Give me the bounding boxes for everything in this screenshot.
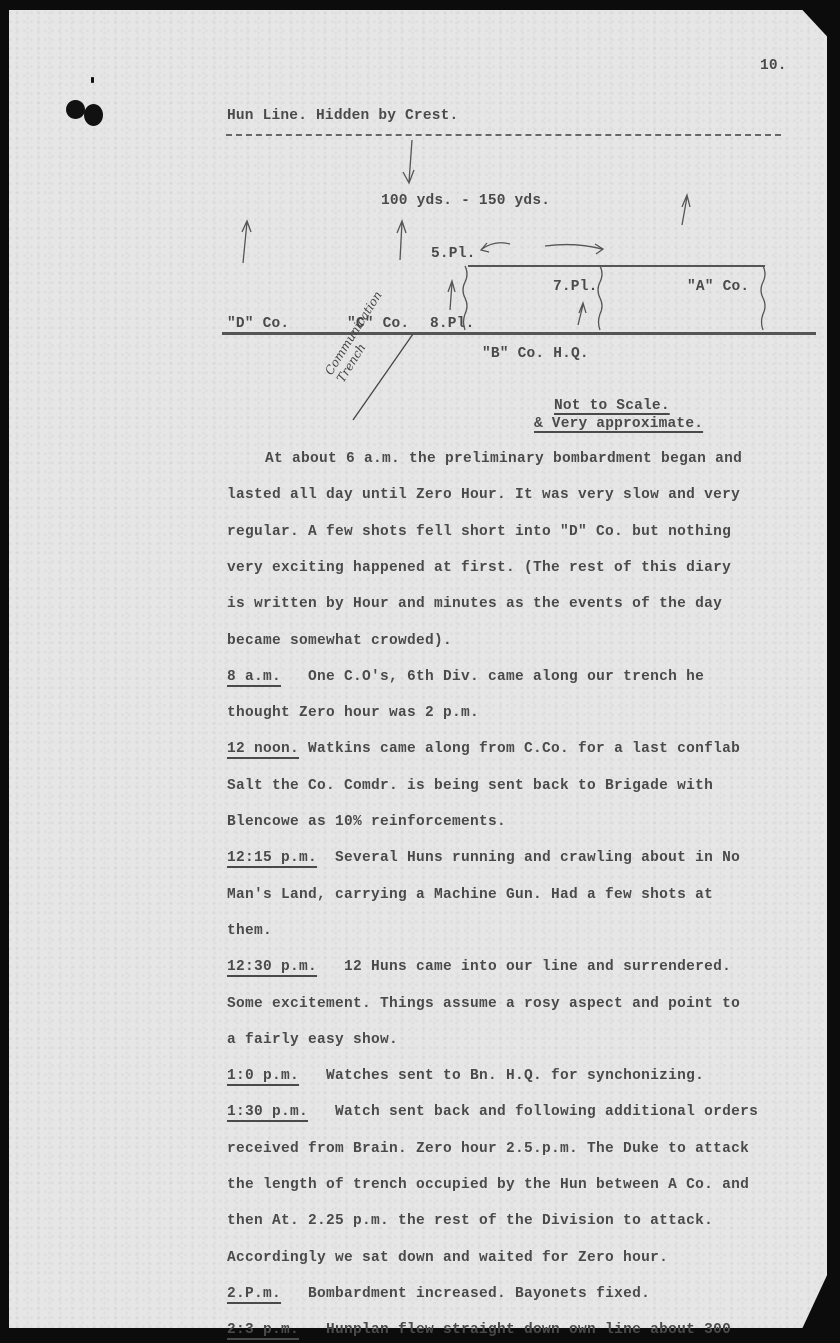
intro-line: very exciting happened at first. (The re… — [227, 560, 731, 576]
diary-entry-continuation: the length of trench occupied by the Hun… — [227, 1177, 749, 1193]
diary-entry: 1:0 p.m. Watches sent to Bn. H.Q. for sy… — [227, 1068, 704, 1084]
entry-time: 2:3 p.m. — [227, 1322, 299, 1338]
diary-entry-continuation: Man's Land, carrying a Machine Gun. Had … — [227, 887, 713, 903]
entry-text: Watkins came along from C.Co. for a last… — [299, 741, 740, 757]
entry-time: 12:15 p.m. — [227, 850, 317, 866]
intro-line: regular. A few shots fell short into "D"… — [227, 524, 731, 540]
diary-entry: 8 a.m. One C.O's, 6th Div. came along ou… — [227, 669, 704, 685]
entry-text: 12 Huns came into our line and surrender… — [317, 959, 731, 975]
entry-time: 8 a.m. — [227, 669, 281, 685]
intro-line: lasted all day until Zero Hour. It was v… — [227, 487, 740, 503]
diary-entry-continuation: then At. 2.25 p.m. the rest of the Divis… — [227, 1213, 713, 1229]
intro-line: At about 6 a.m. the preliminary bombardm… — [265, 451, 742, 467]
entry-text: Bombardment increased. Bayonets fixed. — [281, 1286, 650, 1302]
diary-entry-continuation: Accordingly we sat down and waited for Z… — [227, 1250, 668, 1266]
entry-text: Watch sent back and following additional… — [308, 1104, 758, 1120]
diary-entry: 12 noon. Watkins came along from C.Co. f… — [227, 741, 740, 757]
entry-time: 2.P.m. — [227, 1286, 281, 1302]
intro-line: is written by Hour and minutes as the ev… — [227, 596, 722, 612]
entry-time: 1:30 p.m. — [227, 1104, 308, 1120]
diary-entry: 1:30 p.m. Watch sent back and following … — [227, 1104, 758, 1120]
entry-text: One C.O's, 6th Div. came along our trenc… — [281, 669, 704, 685]
intro-line: became somewhat crowded). — [227, 633, 452, 649]
diary-entry-continuation: received from Brain. Zero hour 2.5.p.m. … — [227, 1141, 749, 1157]
diary-entry: 12:15 p.m. Several Huns running and craw… — [227, 850, 740, 866]
diary-entry-continuation: them. — [227, 923, 272, 939]
entry-time: 12:30 p.m. — [227, 959, 317, 975]
diary-entry: 2:3 p.m. Hunplan flew straight down own … — [227, 1322, 731, 1338]
entry-time: 12 noon. — [227, 741, 299, 757]
diary-entry-continuation: Blencowe as 10% reinforcements. — [227, 814, 506, 830]
entry-time: 1:0 p.m. — [227, 1068, 299, 1084]
diary-entry-continuation: a fairly easy show. — [227, 1032, 398, 1048]
entry-text: Watches sent to Bn. H.Q. for synchonizin… — [299, 1068, 704, 1084]
diary-entry-continuation: Some excitement. Things assume a rosy as… — [227, 996, 740, 1012]
diary-entry-continuation: thought Zero hour was 2 p.m. — [227, 705, 479, 721]
diary-entry-continuation: Salt the Co. Comdr. is being sent back t… — [227, 778, 713, 794]
entry-text: Several Huns running and crawling about … — [317, 850, 740, 866]
scale-note-approx: & Very approximate. — [534, 416, 703, 432]
scale-note: Not to Scale. — [554, 398, 670, 414]
entry-text: Hunplan flew straight down own line abou… — [299, 1322, 731, 1338]
diary-entry: 12:30 p.m. 12 Huns came into our line an… — [227, 959, 731, 975]
diary-entry: 2.P.m. Bombardment increased. Bayonets f… — [227, 1286, 650, 1302]
